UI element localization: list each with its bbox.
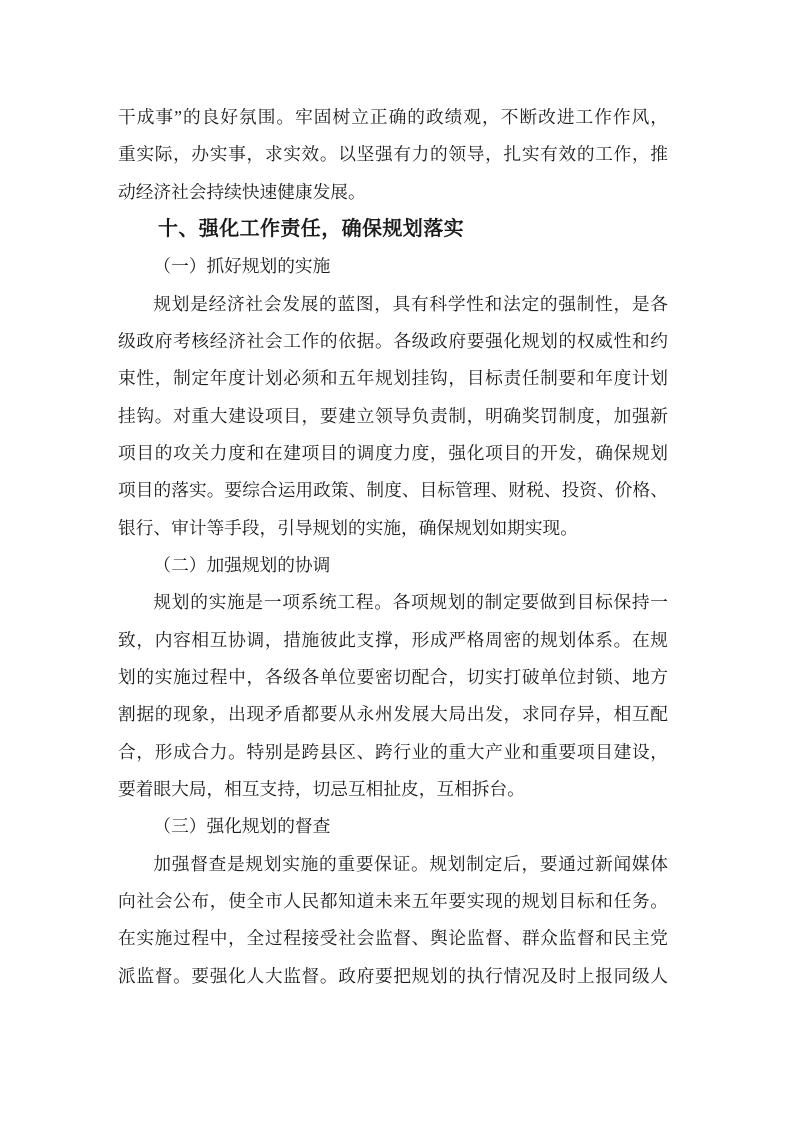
text-line: 束性，制定年度计划必须和五年规划挂钩，目标责任制要和年度计划 [118,360,668,397]
subsection-heading-1: （一）抓好规划的实施 [118,248,668,285]
text-line: 挂钩。对重大建设项目，要建立领导负责制，明确奖罚制度，加强新 [118,398,668,435]
text-line: 合，形成合力。特别是跨县区、跨行业的重大产业和重要项目建设， [118,734,668,771]
text-line: 规划是经济社会发展的蓝图，具有科学性和法定的强制性，是各 [118,286,668,323]
text-area: 干成事”的良好氛围。牢固树立正确的政绩观，不断改进工作作风，重实际，办实事，求实… [118,99,668,995]
text-line: 割据的现象，出现矛盾都要从永州发展大局出发，求同存异，相互配 [118,696,668,733]
text-line: 致，内容相互协调，措施彼此支撑，形成严格周密的规划体系。在规 [118,622,668,659]
text-line: 项目的落实。要综合运用政策、制度、目标管理、财税、投资、价格、 [118,472,668,509]
subsection-heading-2: （二）加强规划的协调 [118,547,668,584]
text-line: 十、强化工作责任，确保规划落实 [118,211,668,248]
text-line: 级政府考核经济社会工作的依据。各级政府要强化规划的权威性和约 [118,323,668,360]
text-line: 在实施过程中，全过程接受社会监督、舆论监督、群众监督和民主党 [118,920,668,957]
text-line: 银行、审计等手段，引导规划的实施，确保规划如期实现。 [118,510,668,547]
text-line: 划的实施过程中，各级各单位要密切配合，切实打破单位封锁、地方 [118,659,668,696]
text-line: 规划的实施是一项系统工程。各项规划的制定要做到目标保持一 [118,584,668,621]
text-line: 动经济社会持续快速健康发展。 [118,174,668,211]
paragraph-continuation: 干成事”的良好氛围。牢固树立正确的政绩观，不断改进工作作风，重实际，办实事，求实… [118,99,668,211]
subsection-heading-3: （三）强化规划的督查 [118,808,668,845]
text-line: 要着眼大局，相互支持，切忌互相扯皮，互相拆台。 [118,771,668,808]
document-page: 干成事”的良好氛围。牢固树立正确的政绩观，不断改进工作作风，重实际，办实事，求实… [0,0,793,1122]
section-heading: 十、强化工作责任，确保规划落实 [118,211,668,248]
text-line: （三）强化规划的督查 [118,808,668,845]
text-line: 派监督。要强化人大监督。政府要把规划的执行情况及时上报同级人 [118,958,668,995]
text-line: 加强督查是规划实施的重要保证。规划制定后，要通过新闻媒体 [118,846,668,883]
text-line: 项目的攻关力度和在建项目的调度力度，强化项目的开发，确保规划 [118,435,668,472]
paragraph-coordination: 规划的实施是一项系统工程。各项规划的制定要做到目标保持一致，内容相互协调，措施彼… [118,584,668,808]
paragraph-implementation: 规划是经济社会发展的蓝图，具有科学性和法定的强制性，是各级政府考核经济社会工作的… [118,286,668,547]
text-line: 重实际，办实事，求实效。以坚强有力的领导，扎实有效的工作，推 [118,136,668,173]
text-line: （一）抓好规划的实施 [118,248,668,285]
text-line: （二）加强规划的协调 [118,547,668,584]
text-line: 干成事”的良好氛围。牢固树立正确的政绩观，不断改进工作作风， [118,99,668,136]
paragraph-supervision: 加强督查是规划实施的重要保证。规划制定后，要通过新闻媒体向社会公布，使全市人民都… [118,846,668,995]
text-line: 向社会公布，使全市人民都知道未来五年要实现的规划目标和任务。 [118,883,668,920]
